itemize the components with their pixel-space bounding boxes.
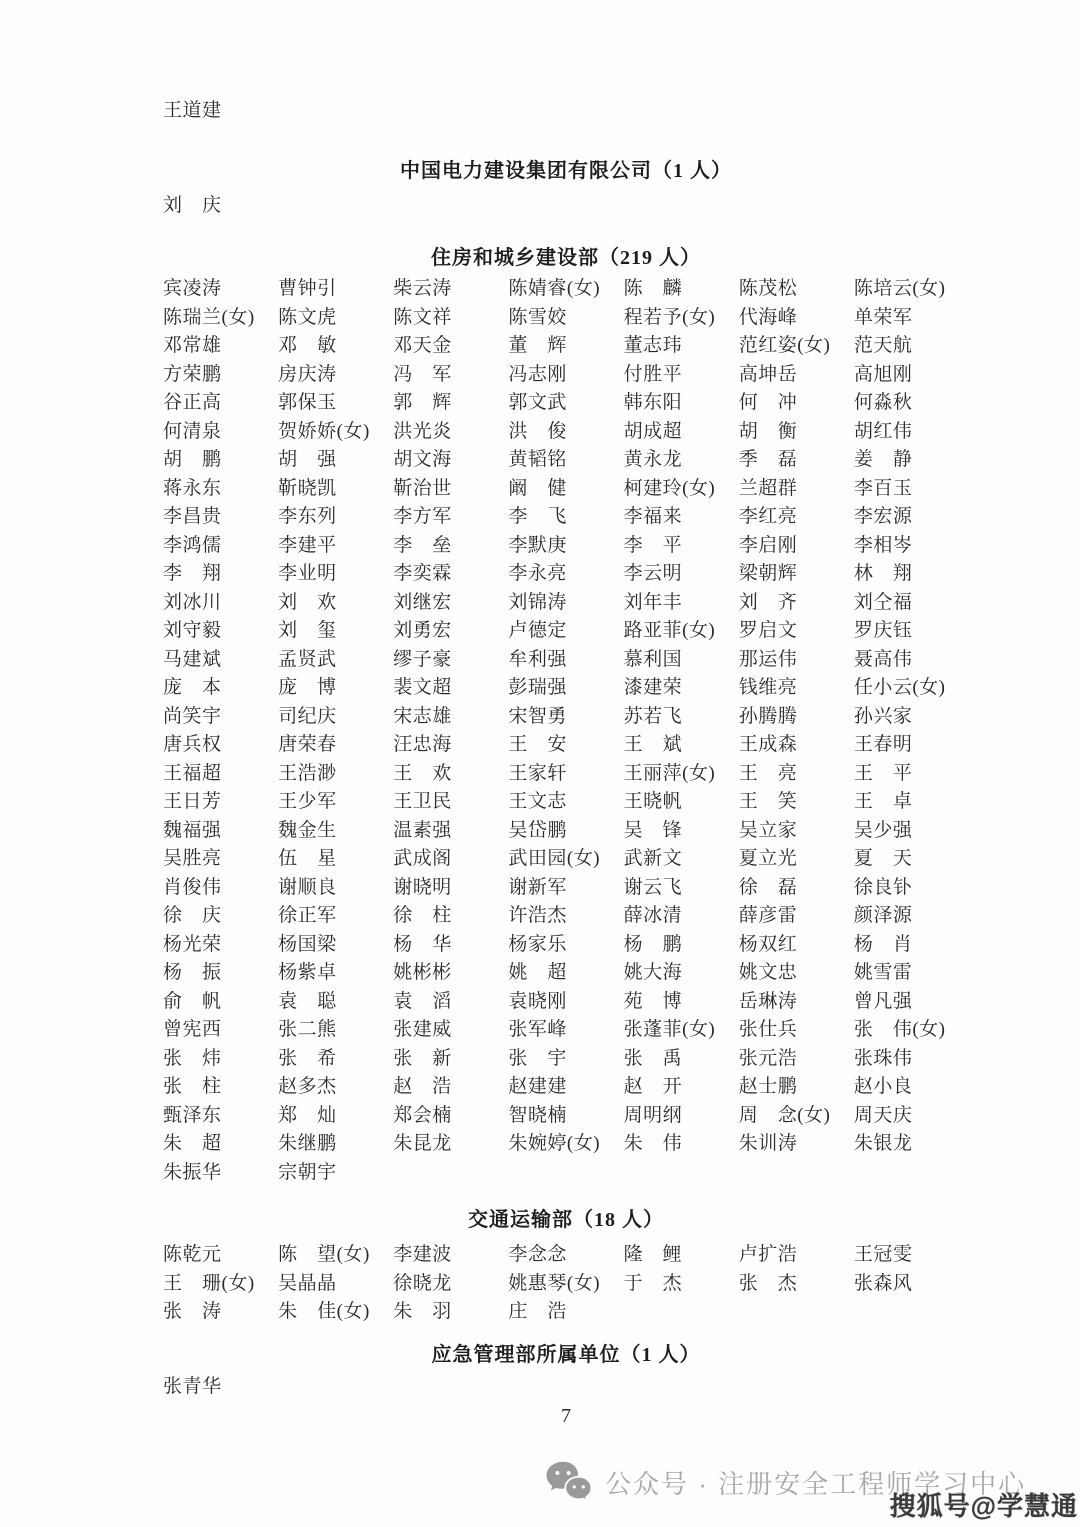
person-name: 朱婉婷(女)	[508, 1130, 623, 1159]
person-name: 魏金生	[278, 817, 393, 846]
person-name: 王福超	[163, 760, 278, 789]
document-page: 王道建 中国电力建设集团有限公司（1 人） 刘 庆 住房和城乡建设部（219 人…	[0, 0, 1080, 1527]
person-name: 武成阁	[393, 845, 508, 874]
person-name: 谢云飞	[624, 874, 739, 903]
person-name: 王浩渺	[278, 760, 393, 789]
person-name: 杨光荣	[163, 931, 278, 960]
page-number: 7	[163, 1402, 969, 1430]
person-name: 于 杰	[624, 1270, 739, 1299]
person-name: 张 宇	[508, 1045, 623, 1074]
person-name: 李 飞	[508, 503, 623, 532]
person-name: 朱 伟	[624, 1130, 739, 1159]
person-name: 林 翔	[854, 560, 969, 589]
person-name: 智晓楠	[508, 1102, 623, 1131]
person-name: 王家轩	[508, 760, 623, 789]
person-name: 任小云(女)	[854, 674, 969, 703]
person-name: 王丽萍(女)	[624, 760, 739, 789]
person-name: 付胜平	[624, 361, 739, 390]
person-name: 曹钟引	[278, 275, 393, 304]
person-name: 谢顺良	[278, 874, 393, 903]
person-name: 李鸿儒	[163, 532, 278, 561]
person-name: 温素强	[393, 817, 508, 846]
section-title-emergency: 应急管理部所属单位（1 人）	[163, 1342, 969, 1369]
person-name: 阚 健	[508, 475, 623, 504]
person-name: 周明纲	[624, 1102, 739, 1131]
person-name: 张二熊	[278, 1016, 393, 1045]
person-name: 郭文武	[508, 389, 623, 418]
person-name: 武田园(女)	[508, 845, 623, 874]
person-name: 姚雪雷	[854, 959, 969, 988]
person-name: 方荣鹏	[163, 361, 278, 390]
person-name: 李建波	[393, 1241, 508, 1270]
person-name: 慕利国	[624, 646, 739, 675]
person-name: 张森风	[854, 1270, 969, 1299]
person-name: 张元浩	[739, 1045, 854, 1074]
person-name: 聂高伟	[854, 646, 969, 675]
person-name: 邓 敏	[278, 332, 393, 361]
person-name: 冯志刚	[508, 361, 623, 390]
person-name: 王 欢	[393, 760, 508, 789]
person-name: 刘守毅	[163, 617, 278, 646]
person-name: 张仕兵	[739, 1016, 854, 1045]
section-title-cpecc: 中国电力建设集团有限公司（1 人）	[163, 158, 969, 185]
person-name: 宾凌涛	[163, 275, 278, 304]
person-name: 王 亮	[739, 760, 854, 789]
person-name: 赵建建	[508, 1073, 623, 1102]
person-name: 唐兵权	[163, 731, 278, 760]
person-name: 尚笑宇	[163, 703, 278, 732]
person-name: 隆 鲤	[624, 1241, 739, 1270]
names-grid-cpecc: 刘 庆	[163, 192, 969, 221]
person-name: 李业明	[278, 560, 393, 589]
person-name: 王卫民	[393, 788, 508, 817]
person-name: 李奕霖	[393, 560, 508, 589]
person-name: 吴立家	[739, 817, 854, 846]
person-name: 房庆涛	[278, 361, 393, 390]
person-name: 吴 锋	[624, 817, 739, 846]
person-name: 汪忠海	[393, 731, 508, 760]
person-name: 刘 玺	[278, 617, 393, 646]
wechat-icon	[545, 1460, 593, 1504]
person-name: 范天航	[854, 332, 969, 361]
person-name: 司纪庆	[278, 703, 393, 732]
person-name: 宋志雄	[393, 703, 508, 732]
person-name: 李永亮	[508, 560, 623, 589]
person-name: 胡红伟	[854, 418, 969, 447]
person-name: 张 伟(女)	[854, 1016, 969, 1045]
person-name: 徐正军	[278, 902, 393, 931]
person-name: 刘仝福	[854, 589, 969, 618]
person-name: 贺娇娇(女)	[278, 418, 393, 447]
person-name: 代海峰	[739, 304, 854, 333]
person-name: 赵 浩	[393, 1073, 508, 1102]
person-name: 刘勇宏	[393, 617, 508, 646]
person-name: 邓天金	[393, 332, 508, 361]
person-name: 赵士鹏	[739, 1073, 854, 1102]
person-name: 岳琳涛	[739, 988, 854, 1017]
person-name: 李云明	[624, 560, 739, 589]
person-name: 王日芳	[163, 788, 278, 817]
person-name: 姚大海	[624, 959, 739, 988]
person-name: 洪光炎	[393, 418, 508, 447]
person-name: 胡 鹏	[163, 446, 278, 475]
person-name: 范红姿(女)	[739, 332, 854, 361]
person-name: 庞 本	[163, 674, 278, 703]
person-name: 兰超群	[739, 475, 854, 504]
person-name: 刘 齐	[739, 589, 854, 618]
person-name: 伍 星	[278, 845, 393, 874]
person-name: 朱继鹏	[278, 1130, 393, 1159]
person-name: 漆建荣	[624, 674, 739, 703]
person-name: 陈乾元	[163, 1241, 278, 1270]
person-name: 姚彬彬	[393, 959, 508, 988]
person-name: 陈 麟	[624, 275, 739, 304]
person-name: 孟贤武	[278, 646, 393, 675]
person-name: 罗启文	[739, 617, 854, 646]
person-name: 路亚菲(女)	[624, 617, 739, 646]
names-grid-emergency: 张青华	[163, 1373, 969, 1402]
person-name: 朱银龙	[854, 1130, 969, 1159]
person-name: 朱 佳(女)	[278, 1298, 393, 1327]
person-name: 李 垒	[393, 532, 508, 561]
person-name: 高旭刚	[854, 361, 969, 390]
person-name: 李念念	[508, 1241, 623, 1270]
person-name: 孙兴家	[854, 703, 969, 732]
person-name: 武新文	[624, 845, 739, 874]
person-name: 庄 浩	[508, 1298, 623, 1327]
person-name: 袁 滔	[393, 988, 508, 1017]
person-name: 张 炜	[163, 1045, 278, 1074]
person-name: 李建平	[278, 532, 393, 561]
person-name: 姜 静	[854, 446, 969, 475]
person-name: 苑 博	[624, 988, 739, 1017]
person-name: 吴岱鹏	[508, 817, 623, 846]
person-name: 庞 博	[278, 674, 393, 703]
person-name: 季 磊	[739, 446, 854, 475]
person-name: 王 珊(女)	[163, 1270, 278, 1299]
person-name: 曾宪西	[163, 1016, 278, 1045]
person-name: 王少军	[278, 788, 393, 817]
person-name: 徐良钋	[854, 874, 969, 903]
person-name: 董 辉	[508, 332, 623, 361]
person-name: 李相岑	[854, 532, 969, 561]
person-name: 朱 超	[163, 1130, 278, 1159]
person-name: 彭瑞强	[508, 674, 623, 703]
person-name: 袁晓刚	[508, 988, 623, 1017]
person-name: 徐 庆	[163, 902, 278, 931]
person-name: 薛冰清	[624, 902, 739, 931]
person-name: 王 笑	[739, 788, 854, 817]
person-name: 裴文超	[393, 674, 508, 703]
person-name: 张 希	[278, 1045, 393, 1074]
person-name: 韩东阳	[624, 389, 739, 418]
person-name: 李昌贵	[163, 503, 278, 532]
person-name: 俞 帆	[163, 988, 278, 1017]
person-name: 唐荣春	[278, 731, 393, 760]
page-content: 王道建 中国电力建设集团有限公司（1 人） 刘 庆 住房和城乡建设部（219 人…	[163, 0, 969, 1430]
person-name: 胡文海	[393, 446, 508, 475]
person-name: 曾凡强	[854, 988, 969, 1017]
continuation-name: 王道建	[163, 97, 969, 126]
person-name: 冯 军	[393, 361, 508, 390]
person-name: 刘年丰	[624, 589, 739, 618]
person-name: 李红亮	[739, 503, 854, 532]
section-title-mohurd: 住房和城乡建设部（219 人）	[163, 245, 969, 272]
person-name: 陈文祥	[393, 304, 508, 333]
person-name: 肖俊伟	[163, 874, 278, 903]
person-name: 洪 俊	[508, 418, 623, 447]
person-name: 陈茂松	[739, 275, 854, 304]
person-name: 谢晓明	[393, 874, 508, 903]
person-name: 张建威	[393, 1016, 508, 1045]
person-name: 朱训涛	[739, 1130, 854, 1159]
person-name: 郭 辉	[393, 389, 508, 418]
person-name: 杨紫卓	[278, 959, 393, 988]
person-name: 刘 欢	[278, 589, 393, 618]
person-name: 姚文忠	[739, 959, 854, 988]
person-name: 王 卓	[854, 788, 969, 817]
person-name: 张蓬菲(女)	[624, 1016, 739, 1045]
person-name: 黄永龙	[624, 446, 739, 475]
person-name: 黄韬铭	[508, 446, 623, 475]
person-name: 程若予(女)	[624, 304, 739, 333]
person-name: 孙腾腾	[739, 703, 854, 732]
person-name: 高坤岳	[739, 361, 854, 390]
person-name: 郑会楠	[393, 1102, 508, 1131]
person-name: 梁朝辉	[739, 560, 854, 589]
person-name: 杨 肖	[854, 931, 969, 960]
person-name: 谷正高	[163, 389, 278, 418]
person-name: 王春明	[854, 731, 969, 760]
person-name: 吴少强	[854, 817, 969, 846]
person-name: 张 涛	[163, 1298, 278, 1327]
person-name: 薛彦雷	[739, 902, 854, 931]
person-name: 袁 聪	[278, 988, 393, 1017]
person-name: 赵 开	[624, 1073, 739, 1102]
person-name: 柯建玲(女)	[624, 475, 739, 504]
person-name: 陈文虎	[278, 304, 393, 333]
person-name: 刘冰川	[163, 589, 278, 618]
person-name: 何淼秋	[854, 389, 969, 418]
person-name: 王文志	[508, 788, 623, 817]
person-name: 张珠伟	[854, 1045, 969, 1074]
person-name: 刘 庆	[163, 192, 278, 221]
person-name: 李 平	[624, 532, 739, 561]
overlay-watermark-text: 搜狐号@学慧通	[890, 1486, 1078, 1523]
names-grid-mohurd: 宾凌涛曹钟引柴云涛陈婧睿(女)陈 麟陈茂松陈培云(女)陈瑞兰(女)陈文虎陈文祥陈…	[163, 275, 969, 1187]
person-name: 徐晓龙	[393, 1270, 508, 1299]
person-name: 张军峰	[508, 1016, 623, 1045]
person-name: 徐 柱	[393, 902, 508, 931]
person-name: 杨 振	[163, 959, 278, 988]
person-name: 马建斌	[163, 646, 278, 675]
person-name: 李 翔	[163, 560, 278, 589]
person-name: 董志玮	[624, 332, 739, 361]
person-name: 李百玉	[854, 475, 969, 504]
person-name: 周天庆	[854, 1102, 969, 1131]
person-name: 李宏源	[854, 503, 969, 532]
person-name: 朱 羽	[393, 1298, 508, 1327]
person-name: 宗朝宇	[278, 1159, 393, 1188]
person-name: 柴云涛	[393, 275, 508, 304]
person-name: 李方军	[393, 503, 508, 532]
person-name: 徐 磊	[739, 874, 854, 903]
person-name: 王晓帆	[624, 788, 739, 817]
person-name: 胡成超	[624, 418, 739, 447]
person-name: 罗庆钰	[854, 617, 969, 646]
person-name: 宋智勇	[508, 703, 623, 732]
person-name: 王 平	[854, 760, 969, 789]
person-name: 刘继宏	[393, 589, 508, 618]
person-name: 单荣军	[854, 304, 969, 333]
person-name: 杨 鹏	[624, 931, 739, 960]
person-name: 邓常雄	[163, 332, 278, 361]
person-name: 杨国梁	[278, 931, 393, 960]
person-name: 甄泽东	[163, 1102, 278, 1131]
person-name: 杨家乐	[508, 931, 623, 960]
person-name: 王冠雯	[854, 1241, 969, 1270]
person-name: 王 斌	[624, 731, 739, 760]
person-name: 刘锦涛	[508, 589, 623, 618]
person-name: 陈雪姣	[508, 304, 623, 333]
person-name: 杨 华	[393, 931, 508, 960]
person-name: 靳晓凯	[278, 475, 393, 504]
person-name: 胡 强	[278, 446, 393, 475]
person-name: 何清泉	[163, 418, 278, 447]
person-name: 那运伟	[739, 646, 854, 675]
person-name: 陈瑞兰(女)	[163, 304, 278, 333]
person-name: 姚惠琴(女)	[508, 1270, 623, 1299]
person-name: 靳治世	[393, 475, 508, 504]
person-name: 王成森	[739, 731, 854, 760]
person-name: 周 念(女)	[739, 1102, 854, 1131]
person-name: 钱维亮	[739, 674, 854, 703]
person-name: 蒋永东	[163, 475, 278, 504]
person-name: 张 禹	[624, 1045, 739, 1074]
person-name: 赵多杰	[278, 1073, 393, 1102]
person-name: 牟利强	[508, 646, 623, 675]
person-name: 张 杰	[739, 1270, 854, 1299]
person-name: 苏若飞	[624, 703, 739, 732]
person-name: 郭保玉	[278, 389, 393, 418]
person-name: 朱振华	[163, 1159, 278, 1188]
person-name: 夏立光	[739, 845, 854, 874]
person-name: 魏福强	[163, 817, 278, 846]
person-name: 何 冲	[739, 389, 854, 418]
names-grid-transport: 陈乾元陈 望(女)李建波李念念隆 鲤卢扩浩王冠雯王 珊(女)吴晶晶徐晓龙姚惠琴(…	[163, 1241, 969, 1327]
person-name: 吴晶晶	[278, 1270, 393, 1299]
person-name: 张青华	[163, 1373, 278, 1402]
person-name: 朱昆龙	[393, 1130, 508, 1159]
person-name: 张 柱	[163, 1073, 278, 1102]
person-name: 李福来	[624, 503, 739, 532]
person-name: 谢新军	[508, 874, 623, 903]
person-name: 胡 衡	[739, 418, 854, 447]
person-name: 郑 灿	[278, 1102, 393, 1131]
person-name: 陈 望(女)	[278, 1241, 393, 1270]
person-name: 卢德定	[508, 617, 623, 646]
person-name: 缪子豪	[393, 646, 508, 675]
person-name: 李东列	[278, 503, 393, 532]
person-name: 陈培云(女)	[854, 275, 969, 304]
person-name: 李启刚	[739, 532, 854, 561]
person-name: 陈婧睿(女)	[508, 275, 623, 304]
section-title-transport: 交通运输部（18 人）	[163, 1207, 969, 1234]
person-name: 张 新	[393, 1045, 508, 1074]
person-name: 夏 天	[854, 845, 969, 874]
person-name: 李默庚	[508, 532, 623, 561]
person-name: 颜泽源	[854, 902, 969, 931]
person-name: 杨双红	[739, 931, 854, 960]
person-name: 姚 超	[508, 959, 623, 988]
person-name: 吴胜亮	[163, 845, 278, 874]
person-name: 赵小良	[854, 1073, 969, 1102]
person-name: 卢扩浩	[739, 1241, 854, 1270]
person-name: 许浩杰	[508, 902, 623, 931]
person-name: 王 安	[508, 731, 623, 760]
